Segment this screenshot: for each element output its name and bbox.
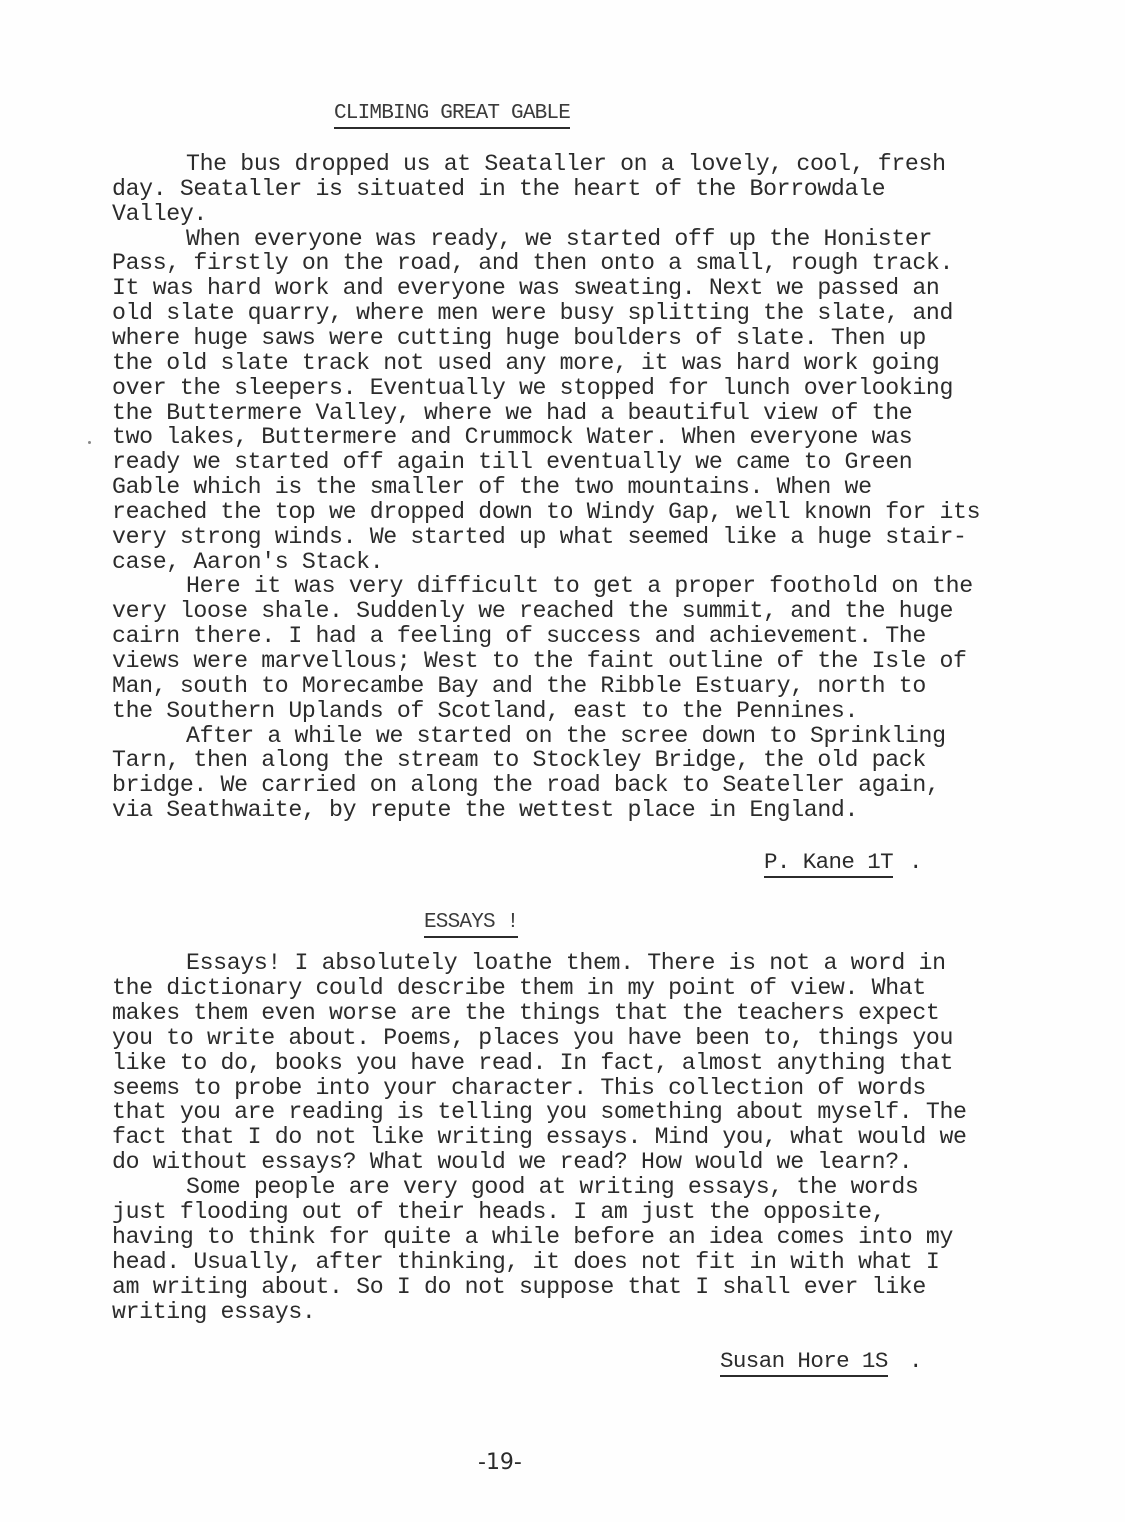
text-line: you to write about. Poems, places you ha…	[112, 1026, 953, 1051]
article-author-susan-hore: Susan Hore 1S	[720, 1349, 888, 1377]
article-author-p-kane: P. Kane 1T	[764, 850, 893, 878]
text-line: that you are reading is telling you some…	[112, 1100, 967, 1125]
text-line: just flooding out of their heads. I am j…	[112, 1200, 885, 1225]
text-line: Man, south to Morecambe Bay and the Ribb…	[112, 674, 926, 699]
article-title-essays: ESSAYS !	[424, 911, 518, 938]
text-line: ready we started off again till eventual…	[112, 450, 912, 475]
text-line: Valley.	[112, 202, 207, 227]
text-line: head. Usually, after thinking, it does n…	[112, 1250, 939, 1275]
text-line: over the sleepers. Eventually we stopped…	[112, 376, 953, 401]
text-line: very loose shale. Suddenly we reached th…	[112, 599, 953, 624]
text-line: cairn there. I had a feeling of success …	[112, 624, 926, 649]
text-line: Pass, firstly on the road, and then onto…	[112, 251, 953, 276]
text-line: Here it was very difficult to get a prop…	[186, 574, 973, 599]
text-line: the Buttermere Valley, where we had a be…	[112, 401, 912, 426]
text-line: writing essays.	[112, 1300, 315, 1325]
text-line: views were marvellous; West to the faint…	[112, 649, 967, 674]
text-line: two lakes, Buttermere and Crummock Water…	[112, 425, 912, 450]
text-line: where huge saws were cutting huge boulde…	[112, 326, 926, 351]
page-number: -19-	[478, 1450, 522, 1476]
text-line: am writing about. So I do not suppose th…	[112, 1275, 926, 1300]
text-line: Gable which is the smaller of the two mo…	[112, 475, 872, 500]
text-line: After a while we started on the scree do…	[186, 724, 946, 749]
text-line: like to do, books you have read. In fact…	[112, 1051, 953, 1076]
text-line: do without essays? What would we read? H…	[112, 1150, 912, 1175]
text-line: via Seathwaite, by repute the wettest pl…	[112, 798, 858, 823]
text-line: having to think for quite a while before…	[112, 1225, 953, 1250]
text-line: makes them even worse are the things tha…	[112, 1001, 939, 1026]
stray-ink-mark	[88, 441, 91, 444]
text-line: Tarn, then along the stream to Stockley …	[112, 748, 926, 773]
text-line: It was hard work and everyone was sweati…	[112, 276, 939, 301]
text-line: Some people are very good at writing ess…	[186, 1175, 919, 1200]
text-line: When everyone was ready, we started off …	[186, 227, 932, 252]
text-line: the dictionary could describe them in my…	[112, 976, 926, 1001]
text-line: The bus dropped us at Seataller on a lov…	[186, 152, 946, 177]
article-author-suffix: .	[909, 850, 923, 875]
article-title-climbing-great-gable: CLIMBING GREAT GABLE	[334, 102, 570, 129]
text-line: very strong winds. We started up what se…	[112, 525, 967, 550]
article-author-suffix: .	[909, 1349, 923, 1374]
text-line: day. Seataller is situated in the heart …	[112, 177, 885, 202]
text-line: reached the top we dropped down to Windy…	[112, 500, 980, 525]
text-line: old slate quarry, where men were busy sp…	[112, 301, 953, 326]
text-line: case, Aaron's Stack.	[112, 550, 383, 575]
text-line: the Southern Uplands of Scotland, east t…	[112, 699, 858, 724]
text-line: bridge. We carried on along the road bac…	[112, 773, 939, 798]
text-line: Essays! I absolutely loathe them. There …	[186, 951, 946, 976]
document-page: CLIMBING GREAT GABLE The bus dropped us …	[0, 0, 1125, 1522]
text-line: fact that I do not like writing essays. …	[112, 1125, 967, 1150]
text-line: seems to probe into your character. This…	[112, 1076, 926, 1101]
text-line: the old slate track not used any more, i…	[112, 351, 939, 376]
